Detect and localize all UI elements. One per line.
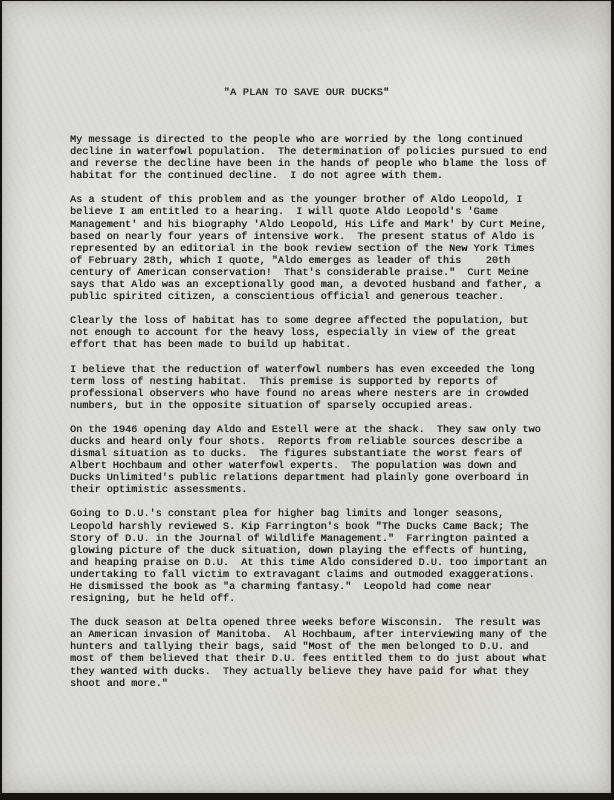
paragraph: As a student of this problem and as the …: [70, 195, 565, 304]
paragraph: Going to D.U.'s constant plea for higher…: [70, 509, 565, 606]
paragraph: Clearly the loss of habitat has to some …: [70, 316, 565, 352]
paragraph: On the 1946 opening day Aldo and Estell …: [70, 425, 565, 498]
document-title: "A PLAN TO SAVE OUR DUCKS": [2, 87, 611, 99]
document-body: My message is directed to the people who…: [70, 135, 565, 703]
paragraph: I believe that the reduction of waterfow…: [70, 365, 565, 413]
document-page: "A PLAN TO SAVE OUR DUCKS" My message is…: [2, 1, 611, 793]
paragraph: My message is directed to the people who…: [70, 135, 565, 183]
scanned-document: "A PLAN TO SAVE OUR DUCKS" My message is…: [0, 0, 614, 800]
paragraph: The duck season at Delta opened three we…: [70, 618, 565, 691]
